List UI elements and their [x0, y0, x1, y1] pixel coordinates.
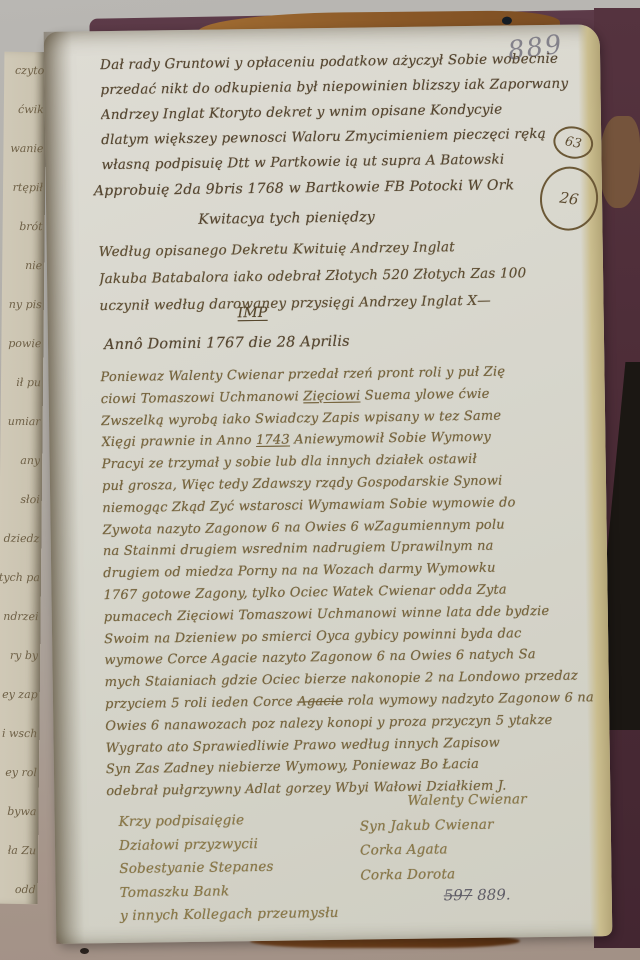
line-text: Wygrato ato Sprawiedliwie Prawo według i… [106, 735, 500, 756]
margin-text-fragment: ry by [0, 649, 38, 662]
margin-text-fragment: tych pa [0, 571, 39, 584]
margin-text-fragment: any [0, 454, 40, 467]
paragraph-decree: Dał rady Gruntowi y opłaceniu podatkow a… [100, 46, 588, 178]
signature-line: y innych Kollegach przeumysłu [120, 902, 339, 929]
facing-page-edge: czytoćwikwaniertępiłbrótnieny pispowieił… [0, 52, 46, 904]
margin-text-fragment: ćwik [4, 103, 44, 116]
underlined-year: 1743 [256, 433, 290, 448]
margin-text-fragment: ił pu [1, 376, 41, 389]
margin-text-fragment: rtępił [3, 181, 43, 194]
line-text: 1767 gotowe Zagony, tylko Ociec Watek Cw… [103, 582, 507, 603]
signature-line: Sobestyanie Stepanes [119, 855, 338, 882]
line-text: Syn Zas Zadney niebierze Wymowy, Poniewa… [106, 757, 479, 777]
line-text: Zwszelką wyrobą iako Swiadczy Zapis wpis… [101, 408, 501, 429]
margin-text-fragment: odd [0, 883, 36, 896]
backdrop-speck [80, 948, 89, 954]
margin-text-fragment: ey rol [0, 766, 37, 779]
margin-text-fragment: brót [3, 220, 43, 233]
line-text: puł grosza, Więc tedy Zdawszy rządy Gosp… [102, 474, 503, 495]
signature-column-family: Walenty CwienarSyn Jakub CwienarCorka Ag… [359, 787, 528, 887]
underlined-mark-imp: IMP [237, 305, 267, 321]
line-text: rola wymowy nadzyto Zagonow 6 na [343, 690, 594, 709]
margin-text-fragment: nie [2, 259, 42, 272]
approbation-line: Approbuię 2da 9bris 1768 w Bartkowie FB … [94, 177, 574, 200]
line-text: mych Staianiach gdzie Ociec bierze nakon… [105, 669, 578, 691]
struck-number: 597 [444, 886, 473, 904]
line-text: wymowe Corce Agacie nazyto Zagonow 6 na … [104, 647, 535, 668]
signature-line: Krzy podpisaięgie [119, 808, 338, 835]
margin-text-fragment: czyto [4, 64, 44, 77]
line-text: ciowi Tomaszowi Uchmanowi [101, 389, 304, 407]
margin-text-fragment: powie [1, 337, 41, 350]
margin-text-fragment: słoi [0, 493, 40, 506]
struck-word: Agacie [297, 694, 343, 710]
line-text: Pracyi ze trzymał y sobie lub dla innych… [102, 452, 477, 472]
line-text: Suema ylowe ćwie [360, 387, 489, 404]
signature-line: Corka Dorota [360, 861, 528, 888]
line-text: drugiem od miedza Porny na na Wozach dar… [103, 561, 496, 581]
margin-text-fragment: ey zap [0, 688, 38, 701]
signature-line: Walenty Cwienar [407, 787, 527, 813]
approbation-subline: Kwitacya tych pieniędzy [198, 209, 375, 227]
paragraph-body: Poniewaz Walenty Cwienar przedał rzeń pr… [100, 360, 600, 803]
page-number: 889. [477, 885, 511, 903]
signature-line: Tomaszku Bank [120, 878, 339, 905]
margin-text-fragment: wanie [3, 142, 43, 155]
margin-text-fragment: ny pis [2, 298, 42, 311]
manuscript-photo: czytoćwikwaniertępiłbrótnieny pispowieił… [0, 0, 640, 960]
line-text: Owies 6 nanawozach poz nalezy konopi y p… [105, 713, 552, 734]
gutter-shadow [44, 32, 85, 944]
line-text: Zywota nazyto Zagonow 6 na Owies 6 wZagu… [103, 517, 505, 538]
signature-column-witnesses: Krzy podpisaięgieDziałowi przyzwyciiSobe… [119, 808, 339, 929]
signature-line: Działowi przyzwycii [119, 831, 338, 858]
margin-text-fragment: ła Zu [0, 844, 36, 857]
margin-text-fragment: umiar [1, 415, 41, 428]
dateline-anno-domini: Annô Domini 1767 die 28 Aprilis [104, 334, 350, 353]
line-text: na Stainmi drugiem wsrednim nadrugiem Up… [103, 539, 494, 559]
signature-line: Corka Agata [360, 836, 528, 863]
line-text: Xięgi prawnie in Anno [101, 433, 256, 450]
cover-worn-patch [600, 116, 640, 208]
line-text: niemogąc Zkąd Zyć wstarosci Wymawiam Sob… [102, 495, 516, 516]
line-text: Poniewaz Walenty Cwienar przedał rzeń pr… [100, 365, 505, 386]
line-text: pumacech Zięciowi Tomaszowi Uchmanowi wi… [104, 604, 550, 625]
signature-line: Syn Jakub Cwienar [360, 812, 528, 839]
manuscript-page: 889 Dał rady Gruntowi y opłaceniu podatk… [44, 24, 613, 944]
manuscript-line: uczynił według darowaney przysięgi Andrz… [99, 286, 581, 320]
paragraph-receipt: Według opisanego Dekretu Kwituię Andrzey… [99, 232, 582, 320]
margin-text-fragment: dziedz [0, 532, 39, 545]
manuscript-line: własną podpisuię Dtt w Partkowie ią ut s… [101, 146, 587, 178]
margin-text-fragment: ndrzei [0, 610, 39, 623]
line-text: Swoim na Dzieniew po smierci Oyca gybicy… [104, 626, 522, 647]
archival-numbers-pencil: 597 889. [444, 885, 511, 904]
line-text: Aniewymowił Sobie Wymowy [290, 430, 491, 448]
line-text: przyciem 5 roli ieden Corce [105, 694, 297, 712]
margin-text-fragment: i wsch [0, 727, 37, 740]
margin-text-fragment: bywa [0, 805, 37, 818]
underlined-word: Zięciowi [303, 388, 360, 404]
